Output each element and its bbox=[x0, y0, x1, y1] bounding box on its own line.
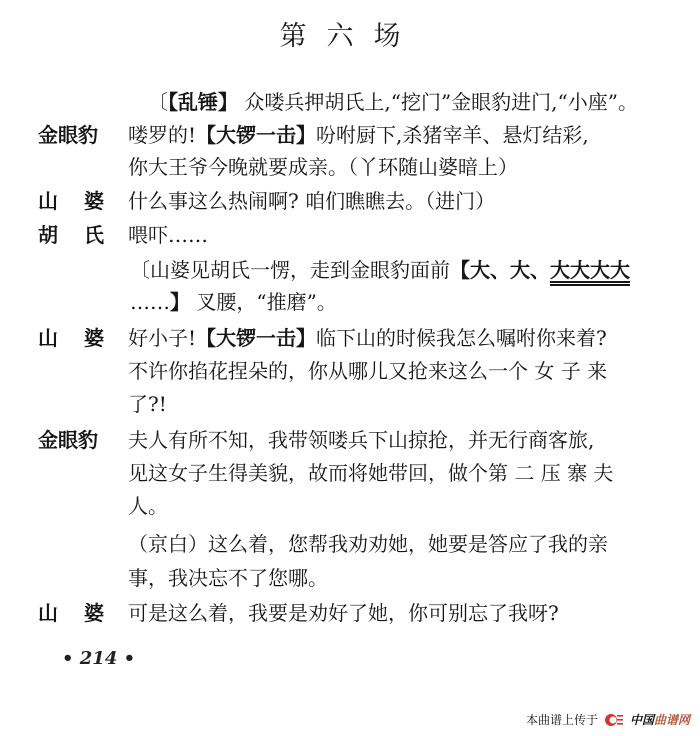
speaker-name: 胡氏 bbox=[38, 219, 104, 248]
continuation-line: （京白）这么着，您帮我劝劝她，她要是答应了我的亲 bbox=[0, 528, 700, 560]
continuation-line: 〔【乱锤】 众喽兵押胡氏上,“挖门”金眼豹进门,“小座”。 bbox=[0, 86, 700, 118]
speaker-name: 山婆 bbox=[38, 322, 104, 351]
text-span: 好小子! bbox=[128, 326, 196, 350]
scene-title: 第六场 bbox=[0, 14, 700, 53]
continuation-line: ……】 叉腰，“推磨”。 bbox=[0, 286, 700, 318]
text-span: 见这女子生得美貌，故而将她带回，做个第 二 压 寨 夫 bbox=[128, 461, 613, 485]
speaker-name: 金眼豹 bbox=[38, 119, 110, 148]
line-text: 人。 bbox=[128, 490, 168, 519]
percussion-cue: 】 bbox=[170, 290, 190, 314]
text-span: 吩咐厨下,杀猪宰羊、悬灯结彩, bbox=[316, 123, 589, 147]
brand-name-part2[interactable]: 曲谱网 bbox=[654, 711, 690, 728]
text-span: 喂吓…… bbox=[128, 223, 208, 247]
text-span: 众喽兵押胡氏上,“挖门”金眼豹进门,“小座”。 bbox=[238, 90, 638, 114]
line-text: 你大王爷今晚就要成亲。（丫环随山婆暗上） bbox=[128, 151, 518, 180]
dialogue-line: 山婆可是这么着，我要是劝好了她，你可别忘了我呀? bbox=[0, 597, 700, 629]
text-span: （丫环随山婆暗上） bbox=[348, 155, 518, 179]
speaker-name: 金眼豹 bbox=[38, 424, 110, 453]
text-span: 不许你掐花捏朵的，你从哪儿又抢来这么一个 女 子 来 bbox=[128, 359, 607, 383]
percussion-cue: 大大 bbox=[590, 258, 630, 282]
qupu-logo-icon bbox=[604, 713, 624, 727]
line-text: 了?! bbox=[128, 388, 167, 417]
text-span: （京白）这么着，您帮我劝劝她，她要是答应了我的亲 bbox=[128, 532, 608, 556]
dialogue-line: 金眼豹夫人有所不知，我带领喽兵下山掠抢，并无行商客旅, bbox=[0, 424, 700, 456]
percussion-cue: 【大锣一击】 bbox=[196, 123, 316, 147]
continuation-line: 了?! bbox=[0, 388, 700, 420]
line-text: 什么事这么热闹啊? 咱们瞧瞧去。（进门） bbox=[128, 185, 495, 214]
text-span: 可是这么着，我要是劝好了她，你可别忘了我呀? bbox=[128, 601, 559, 625]
percussion-cue: 【大锣一击】 bbox=[196, 326, 316, 350]
percussion-cue: 【大、大、 bbox=[450, 258, 550, 282]
line-text: 〔山婆见胡氏一愣，走到金眼豹面前【大、大、大大大大 bbox=[130, 254, 630, 283]
text-span: 临下山的时候我怎么嘱咐你来着? bbox=[316, 326, 607, 350]
text-span: 什么事这么热闹啊? 咱们瞧瞧去。（进门） bbox=[128, 189, 495, 213]
text-span: …… bbox=[130, 290, 170, 314]
line-text: 不许你掐花捏朵的，你从哪儿又抢来这么一个 女 子 来 bbox=[128, 355, 607, 384]
text-span: 喽罗的! bbox=[128, 123, 196, 147]
continuation-line: 〔山婆见胡氏一愣，走到金眼豹面前【大、大、大大大大 bbox=[0, 254, 700, 286]
continuation-line: 见这女子生得美貌，故而将她带回，做个第 二 压 寨 夫 bbox=[0, 457, 700, 489]
text-span: 人。 bbox=[128, 494, 168, 518]
text-span: 事，我决忘不了您哪。 bbox=[128, 566, 328, 590]
line-text: ……】 叉腰，“推磨”。 bbox=[130, 286, 337, 315]
line-text: 喽罗的!【大锣一击】吩咐厨下,杀猪宰羊、悬灯结彩, bbox=[128, 119, 589, 148]
text-span: 〔山婆见胡氏一愣，走到金眼豹面前 bbox=[130, 258, 450, 282]
text-span: 〔 bbox=[148, 90, 168, 114]
footer-watermark: 本曲谱上传于 中国曲谱网 bbox=[526, 711, 690, 728]
continuation-line: 不许你掐花捏朵的，你从哪儿又抢来这么一个 女 子 来 bbox=[0, 355, 700, 387]
dialogue-line: 山婆好小子!【大锣一击】临下山的时候我怎么嘱咐你来着? bbox=[0, 322, 700, 354]
line-text: 见这女子生得美貌，故而将她带回，做个第 二 压 寨 夫 bbox=[128, 457, 613, 486]
text-span: 了?! bbox=[128, 392, 167, 416]
line-text: 好小子!【大锣一击】临下山的时候我怎么嘱咐你来着? bbox=[128, 322, 607, 351]
text-span: 叉腰，“推磨”。 bbox=[190, 290, 337, 314]
continuation-line: 人。 bbox=[0, 490, 700, 522]
continuation-line: 你大王爷今晚就要成亲。（丫环随山婆暗上） bbox=[0, 151, 700, 183]
dialogue-line: 山婆什么事这么热闹啊? 咱们瞧瞧去。（进门） bbox=[0, 185, 700, 217]
percussion-cue: 大大 bbox=[550, 258, 590, 282]
upload-text: 本曲谱上传于 bbox=[526, 711, 598, 728]
page-number: • 214 • bbox=[62, 648, 135, 669]
dialogue-line: 金眼豹喽罗的!【大锣一击】吩咐厨下,杀猪宰羊、悬灯结彩, bbox=[0, 119, 700, 151]
line-text: 事，我决忘不了您哪。 bbox=[128, 562, 328, 591]
line-text: 夫人有所不知，我带领喽兵下山掠抢，并无行商客旅, bbox=[128, 424, 594, 453]
line-text: 〔【乱锤】 众喽兵押胡氏上,“挖门”金眼豹进门,“小座”。 bbox=[148, 86, 638, 115]
line-text: （京白）这么着，您帮我劝劝她，她要是答应了我的亲 bbox=[128, 528, 608, 557]
speaker-name: 山婆 bbox=[38, 597, 104, 626]
speaker-name: 山婆 bbox=[38, 185, 104, 214]
line-text: 喂吓…… bbox=[128, 219, 208, 248]
text-span: 你大王爷今晚就要成亲。 bbox=[128, 155, 348, 179]
text-span: 夫人有所不知，我带领喽兵下山掠抢，并无行商客旅, bbox=[128, 428, 594, 452]
dialogue-line: 胡氏喂吓…… bbox=[0, 219, 700, 251]
percussion-cue: 【乱锤】 bbox=[168, 90, 238, 114]
line-text: 可是这么着，我要是劝好了她，你可别忘了我呀? bbox=[128, 597, 559, 626]
brand-name-part1[interactable]: 中国 bbox=[630, 711, 654, 728]
continuation-line: 事，我决忘不了您哪。 bbox=[0, 562, 700, 594]
